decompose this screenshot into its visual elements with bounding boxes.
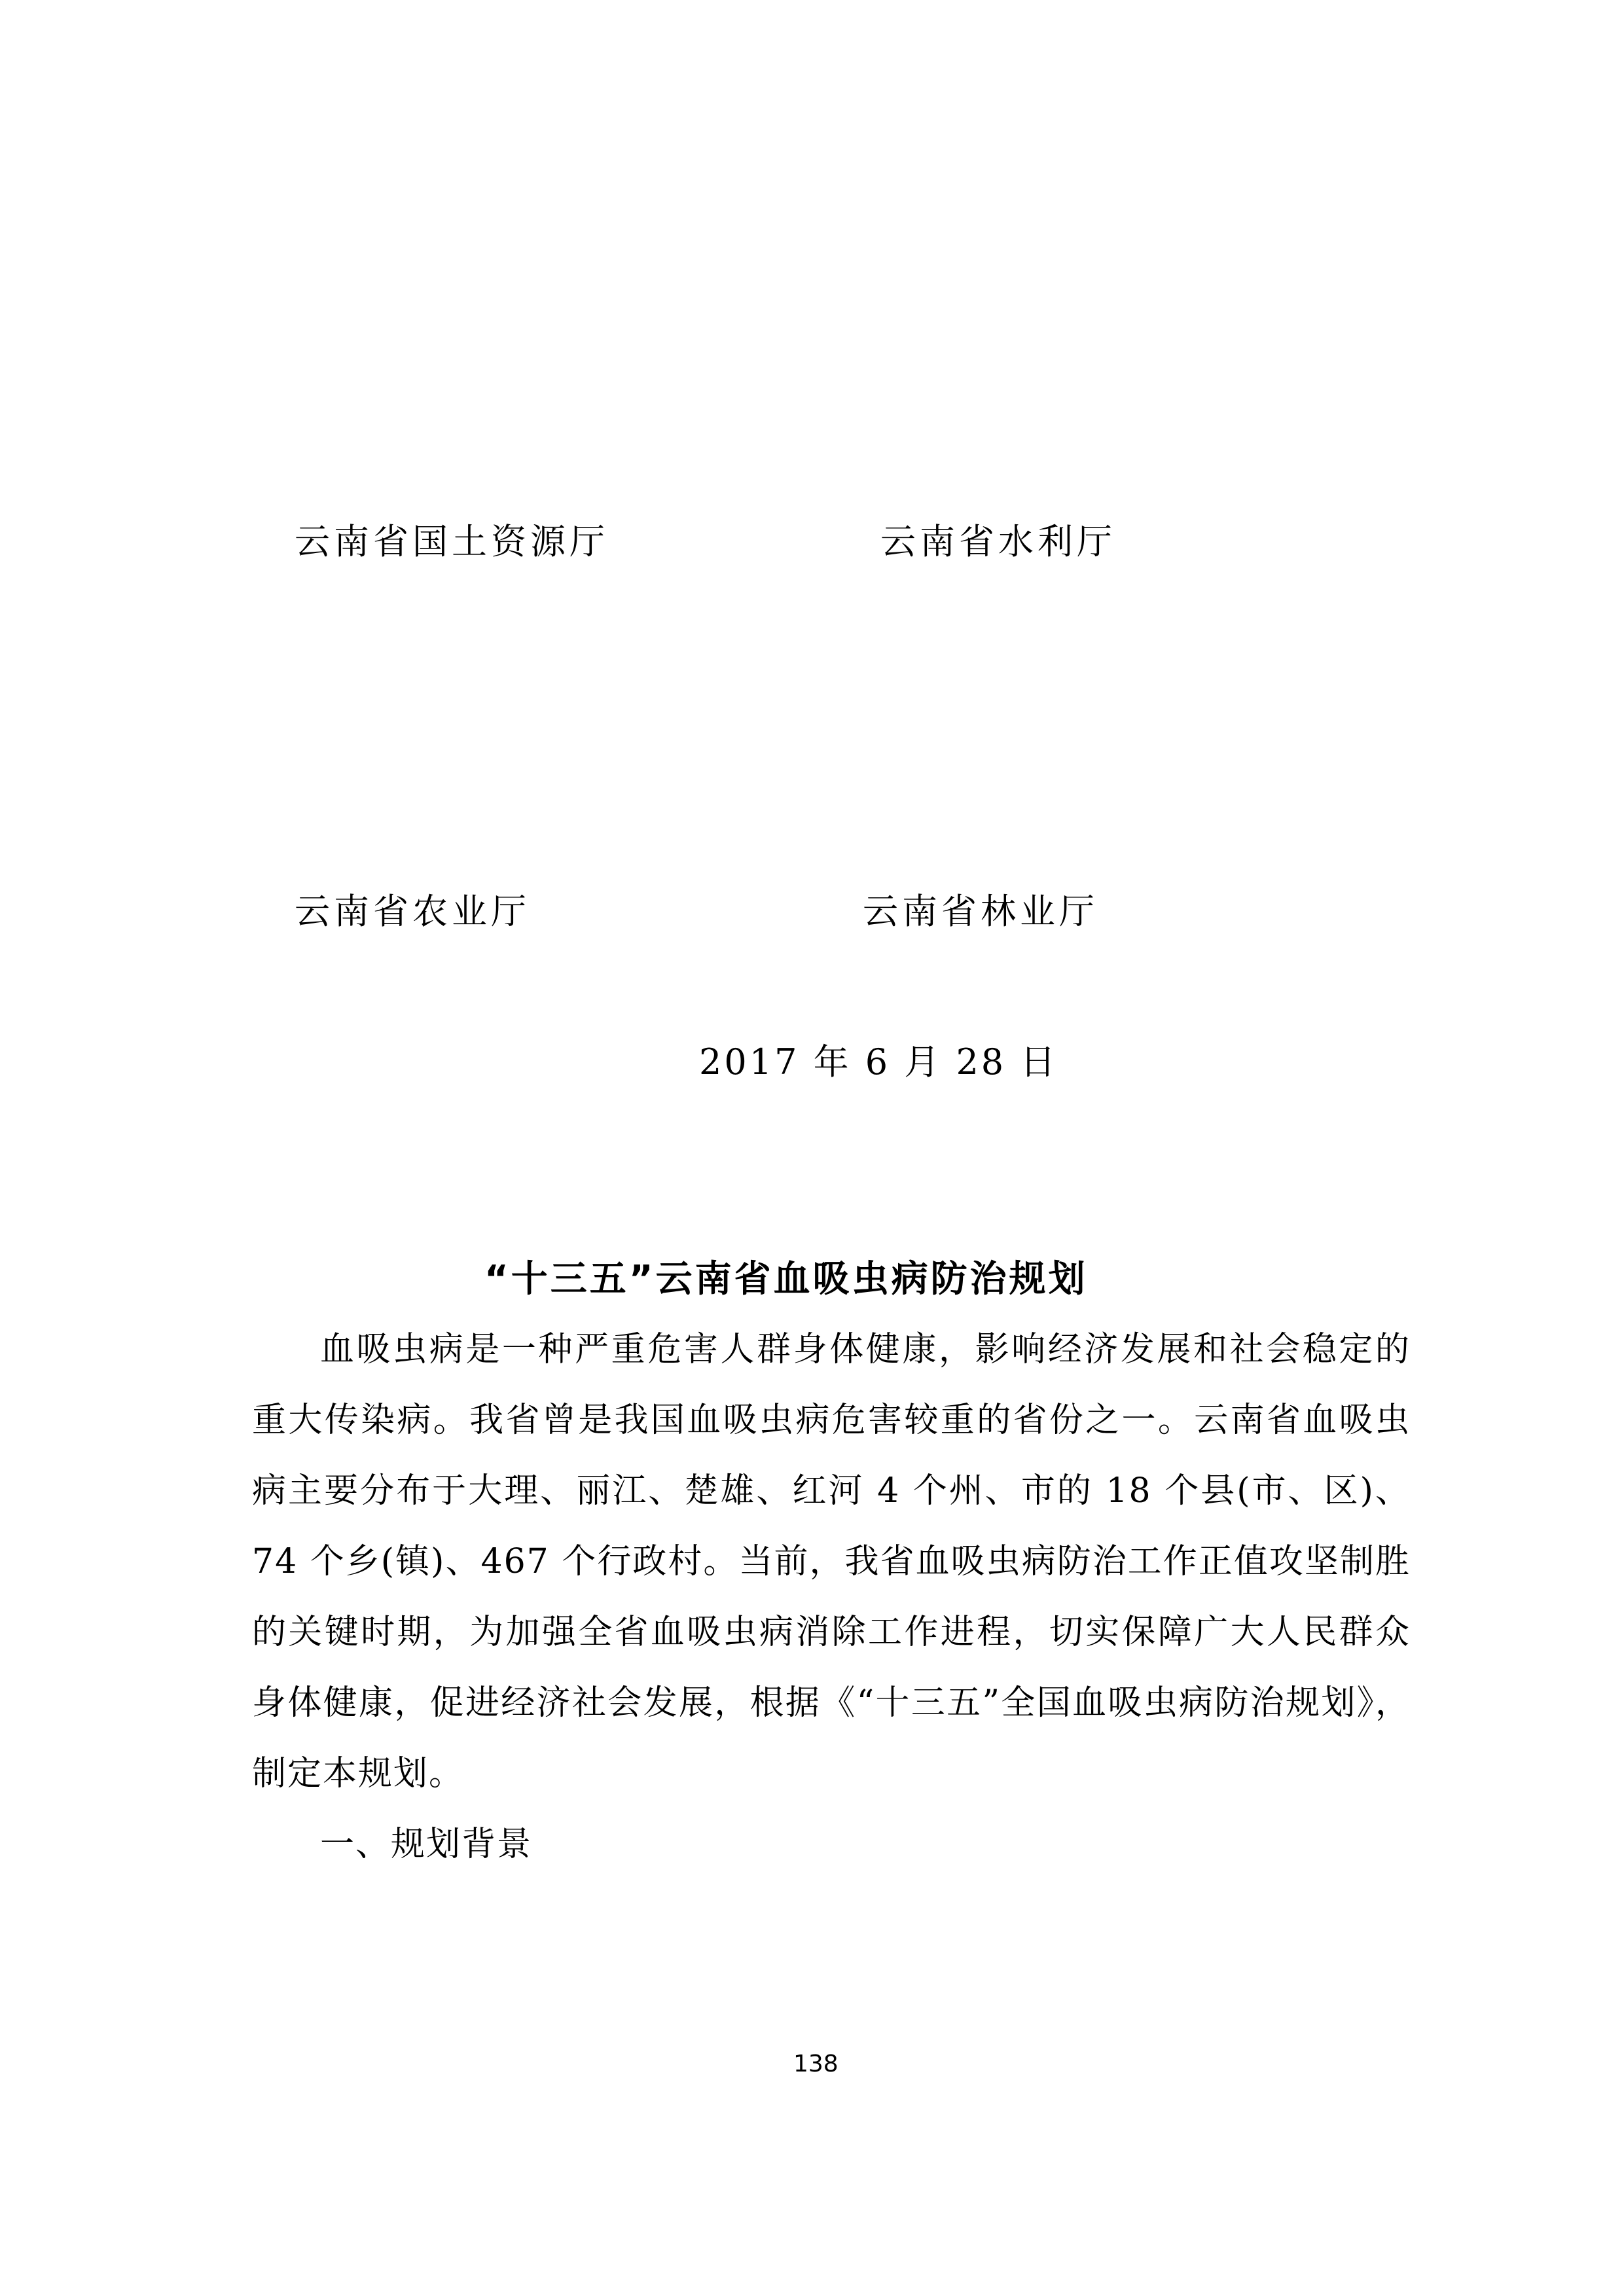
document-date: 2017 年 6 月 28 日 — [699, 1034, 1058, 1085]
page-number: 138 — [793, 2051, 839, 2077]
section-heading: 一、规划背景 — [252, 1809, 1411, 1880]
document-title: “十三五”云南省血吸虫病防治规划 — [484, 1250, 1088, 1302]
intro-paragraph: 血吸虫病是一种严重危害人群身体健康，影响经济发展和社会稳定的重大传染病。我省曾是… — [252, 1314, 1411, 1809]
document-body: 血吸虫病是一种严重危害人群身体健康，影响经济发展和社会稳定的重大传染病。我省曾是… — [252, 1314, 1411, 1880]
signatory-land-resources: 云南省国土资源厅 — [295, 514, 609, 564]
signatory-forestry: 云南省林业厅 — [863, 884, 1098, 934]
signatory-water-resources: 云南省水利厅 — [880, 514, 1116, 564]
signatory-agriculture: 云南省农业厅 — [295, 884, 530, 934]
